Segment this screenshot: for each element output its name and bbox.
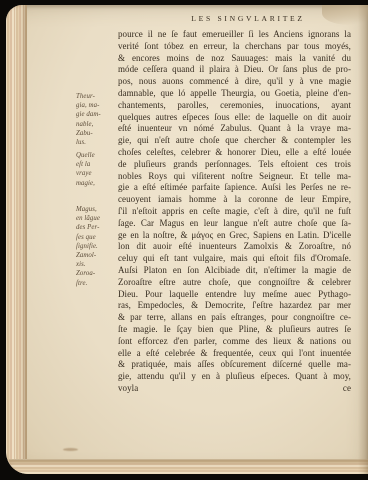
text-line: chantements, parolles, ceremonies, inuoc… xyxy=(118,100,351,112)
text-line: móde ceſſera quand il plaira à Dieu. Or … xyxy=(118,64,351,76)
text-line: pos, nous auons commencé à dire, qu'il y… xyxy=(118,76,351,88)
running-header: LES SINGVLARITEZ xyxy=(118,14,360,23)
text-line: & encores moins de noz Sauuages: mais la… xyxy=(118,53,351,65)
page-right-shadow xyxy=(358,5,368,474)
text-line: & par terre, allans en païs eſtranges, p… xyxy=(118,312,351,324)
page-fore-edge-left xyxy=(6,5,27,474)
text-line: ſ'il n'eſtoit appris en ceſte magie, c'e… xyxy=(118,206,351,218)
text-line: pource il ne ſe faut emerueiller ſi les … xyxy=(118,29,351,41)
text-line: ſage. Car Magus en leur langue n'eſt aut… xyxy=(118,218,351,230)
text-line: gie a eſté eſtimée parfaite ſapience. Au… xyxy=(118,182,351,194)
text-line: verité ſont tóbez en erreur, la cherchan… xyxy=(118,41,351,53)
margin-note-theurgia: Theur- gia, ma- gie dam- nable, Zabu- lu… xyxy=(76,92,116,147)
text-line: ras, Empedocles, & Democrite, ſ'eſtre ha… xyxy=(118,300,351,312)
body-lines: pource il ne ſe faut emerueiller ſi les … xyxy=(118,29,351,383)
text-line: nobles Roys qui viſiterent noſtre Seigne… xyxy=(118,171,351,183)
scanned-book-photo: LES SINGVLARITEZ Theur- gia, ma- gie dam… xyxy=(0,0,368,480)
text-line: choſes celeſtes, celebrer & honorer Dieu… xyxy=(118,147,351,159)
text-line: damnable, que ló appelle Theurgia, ou Go… xyxy=(118,88,351,100)
page-fore-edge-bottom xyxy=(9,459,368,474)
catchword: voyla ce xyxy=(118,383,351,395)
margin-note-vraye-magie: Quelle eſt la vraye magie, xyxy=(76,151,116,188)
text-line: celuy qui eſt tant vulgaire, mais qui eſ… xyxy=(118,253,351,265)
text-line: quelques autres eſpeces ſous elle: de la… xyxy=(118,112,351,124)
text-line: & pratiquée, mais aſſes obſcurement diſc… xyxy=(118,359,351,371)
text-line: gie, attendu qu'il y en à pluſieus eſpec… xyxy=(118,371,351,383)
text-line: de pluſieurs grands perſonnages. Tels eſ… xyxy=(118,159,351,171)
text-line: ſont efforcez d'en parler, comme des lie… xyxy=(118,336,351,348)
margin-note-magus: Magus, en lãgue des Per- ſes que ſignifi… xyxy=(76,205,116,288)
text-line: Auſsi Platon en ſon Alcibiade dit, n'eſt… xyxy=(118,265,351,277)
text-line: ceuoyent iamais homme à la coronne de le… xyxy=(118,194,351,206)
text-line: eſté inuenteur vn nómé Zabulus. Quant à … xyxy=(118,123,351,135)
ink-smudge xyxy=(63,448,78,451)
text-line: ſte magie. Ie ſçay bien que Pline, & plu… xyxy=(118,324,351,336)
text-line: ge en la noſtre, & μάγος en Grec, Sapien… xyxy=(118,230,351,242)
text-line: Dieu. Pour laquelle entendre luy meſme a… xyxy=(118,289,351,301)
text-line: elle a eſté celebrée & frequentée, ceux … xyxy=(118,348,351,360)
body-text: pource il ne ſe faut emerueiller ſi les … xyxy=(118,29,351,395)
text-line: lon dit auoir eſté inuenteurs Zamolxis &… xyxy=(118,241,351,253)
text-line: Zoroaſtre eſtre autre choſe, que congnoi… xyxy=(118,277,351,289)
text-line: gie, qui n'eſt autre choſe que chercher … xyxy=(118,135,351,147)
